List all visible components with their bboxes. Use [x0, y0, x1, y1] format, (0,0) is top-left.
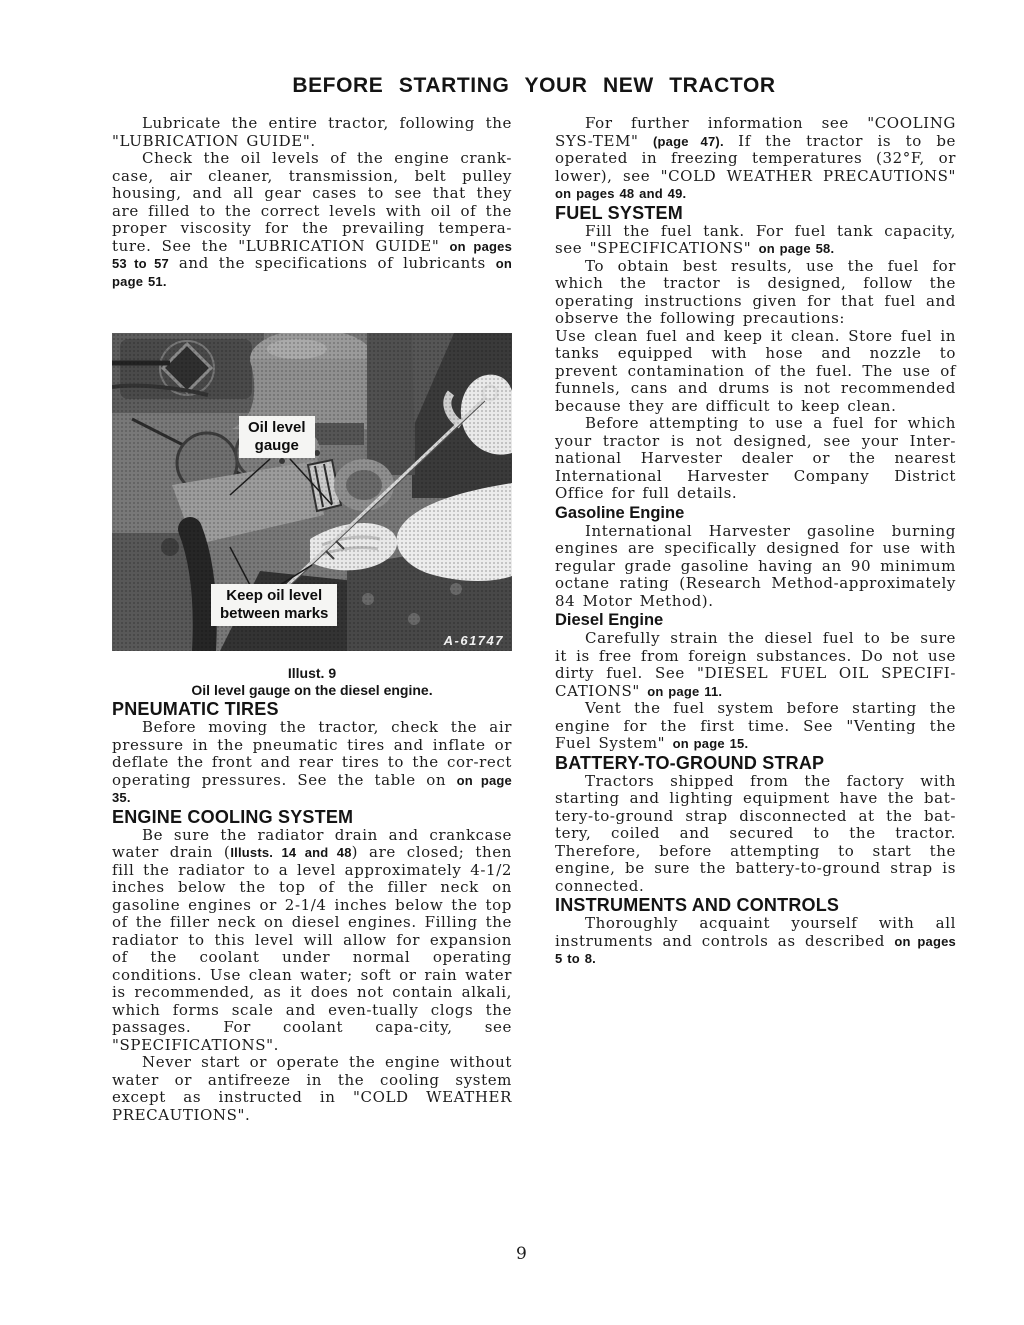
- illustration-reference: Illusts. 14 and 48: [230, 845, 351, 860]
- photo-reference-code: A-61747: [444, 633, 504, 648]
- paragraph-check-oil: Check the oil levels of the engine crank…: [112, 150, 512, 290]
- illustration-9: Oil levelgauge Keep oil levelbetween mar…: [112, 333, 512, 699]
- photo-label-oil-level-gauge: Oil levelgauge: [239, 416, 315, 458]
- section-heading-battery-strap: BATTERY-TO-GROUND STRAP: [555, 753, 956, 773]
- page-reference: on pages 48 and 49.: [555, 186, 686, 201]
- illustration-caption: Illust. 9 Oil level gauge on the diesel …: [112, 665, 512, 699]
- illustration-description: Oil level gauge on the diesel engine.: [112, 682, 512, 699]
- page-reference: on page 11.: [647, 684, 722, 699]
- subheading-gasoline-engine: Gasoline Engine: [555, 503, 956, 523]
- paragraph-never-start: Never start or operate the engine withou…: [112, 1054, 512, 1124]
- paragraph-cooling-info: For further information see "COOLING SYS…: [555, 115, 956, 203]
- section-heading-engine-cooling: ENGINE COOLING SYSTEM: [112, 807, 512, 827]
- page-number: 9: [516, 1244, 527, 1264]
- photo-label-keep-oil-level: Keep oil levelbetween marks: [211, 584, 337, 626]
- section-heading-instruments: INSTRUMENTS AND CONTROLS: [555, 895, 956, 915]
- engine-photo: Oil levelgauge Keep oil levelbetween mar…: [112, 333, 512, 651]
- right-column: For further information see "COOLING SYS…: [555, 115, 956, 968]
- paragraph-tires: Before moving the tractor, check the air…: [112, 719, 512, 807]
- page-reference: on page 58.: [759, 241, 835, 256]
- paragraph-diesel: Carefully strain the diesel fuel to be s…: [555, 630, 956, 700]
- page-reference: on page 15.: [673, 736, 749, 751]
- paragraph-gasoline: International Harvester gasoline burning…: [555, 523, 956, 611]
- paragraph-best-results: To obtain best results, use the fuel for…: [555, 258, 956, 328]
- subheading-diesel-engine: Diesel Engine: [555, 610, 956, 630]
- paragraph-instruments: Thoroughly acquaint yourself with all in…: [555, 915, 956, 968]
- paragraph-fill-tank: Fill the fuel tank. For fuel tank capaci…: [555, 223, 956, 258]
- illustration-number: Illust. 9: [112, 665, 512, 682]
- page-title: BEFORE STARTING YOUR NEW TRACTOR: [112, 74, 956, 98]
- section-heading-fuel-system: FUEL SYSTEM: [555, 203, 956, 223]
- manual-page: BEFORE STARTING YOUR NEW TRACTOR Lubrica…: [0, 0, 1024, 1325]
- paragraph-fuel-not-designed: Before attempting to use a fuel for whic…: [555, 415, 956, 503]
- paragraph-battery-strap: Tractors shipped from the factory with s…: [555, 773, 956, 896]
- page-reference: (page 47).: [653, 134, 724, 149]
- paragraph-lubricate: Lubricate the entire tractor, following …: [112, 115, 512, 150]
- paragraph-radiator: Be sure the radiator drain and crankcase…: [112, 827, 512, 1055]
- section-heading-pneumatic-tires: PNEUMATIC TIRES: [112, 699, 512, 719]
- left-column: Lubricate the entire tractor, following …: [112, 115, 512, 1124]
- paragraph-clean-fuel: Use clean fuel and keep it clean. Store …: [555, 328, 956, 416]
- paragraph-vent-fuel: Vent the fuel system before starting the…: [555, 700, 956, 753]
